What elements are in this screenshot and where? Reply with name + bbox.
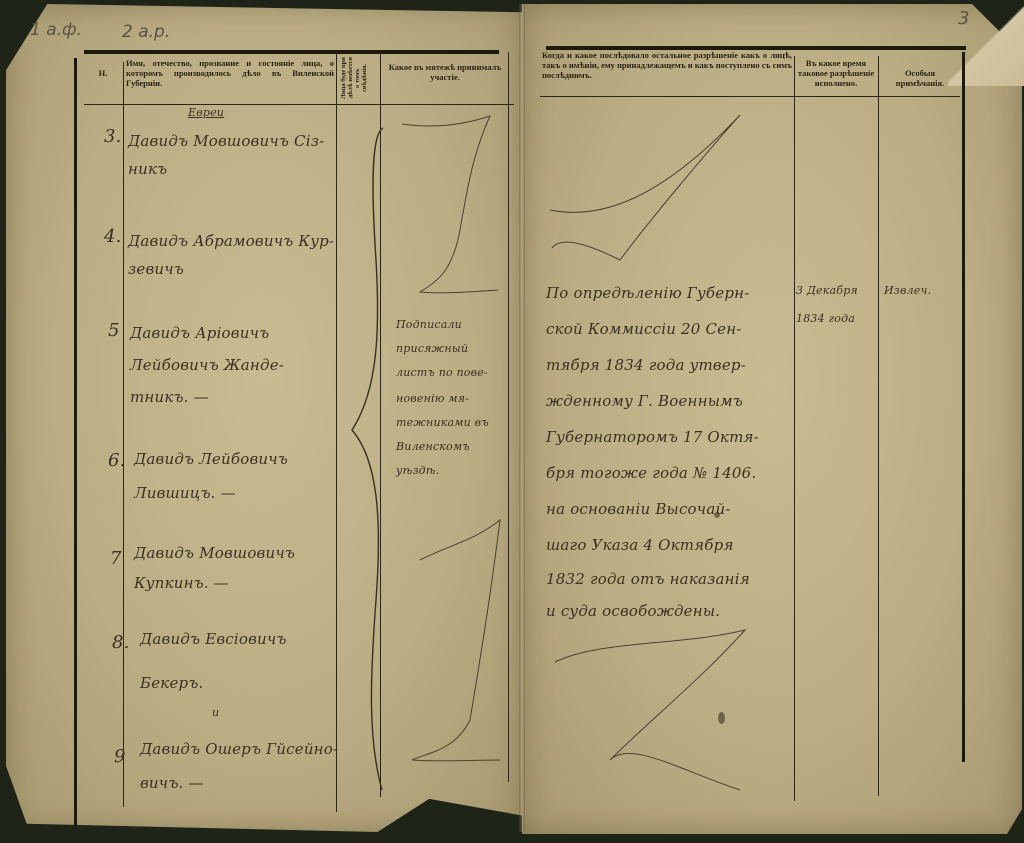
header-number: Н. <box>84 68 122 78</box>
row-name-cont: зевичъ <box>128 258 184 280</box>
right-border <box>962 52 965 762</box>
row-number: 8. <box>112 632 130 654</box>
col-divider-name <box>336 52 337 812</box>
row-name: Давидъ Лейбовичъ <box>134 448 288 470</box>
row-name-cont: Лейбовичъ Жанде- <box>130 354 284 376</box>
col-divider-presence <box>380 52 381 797</box>
left-border <box>74 58 77 828</box>
row-name-cont: Бекеръ. <box>140 672 204 694</box>
header-executed: Въ какое время таковое разрѣшеніе исполн… <box>796 58 876 88</box>
header-top-rule <box>84 50 499 54</box>
row-name: Давидъ Аріовичъ <box>130 322 269 344</box>
row-number: 6. <box>108 450 126 472</box>
row-name: Давидъ Ошеръ Гйсейно- <box>140 738 338 760</box>
group-heading: Евреи <box>188 104 224 121</box>
header-bottom-rule-right <box>540 96 960 97</box>
right-page <box>522 4 1022 834</box>
row-number: 3. <box>104 126 122 148</box>
row-name-cont: Лившицъ. — <box>134 482 236 504</box>
row-name: Давидъ Мовшовичъ Сіз- <box>128 130 324 152</box>
remarks-cell: Извлеч. <box>884 282 931 299</box>
ink-blot <box>718 712 725 724</box>
archive-ref-1: 1 а.ф. <box>30 20 82 40</box>
col-divider-resolution <box>794 56 795 801</box>
header-participation: Какое въ мятежѣ принималъ участіе. <box>384 62 506 82</box>
row-number: 7 <box>110 548 122 570</box>
header-name: Имя, отечество, прозвание и состояніе ли… <box>126 58 334 88</box>
row-number: 4. <box>104 226 122 248</box>
header-presence: Лица буде при дѣлѣ имѣется о томъ свѣдѣн… <box>340 56 376 100</box>
row-name-cont2: тникъ. — <box>130 386 209 408</box>
row-name-cont: Купкинъ. — <box>134 572 229 594</box>
row-name: Давидъ Евсіовичъ <box>140 628 287 650</box>
row-name: Давидъ Мовшовичъ <box>134 542 295 564</box>
header-bottom-rule <box>84 104 514 105</box>
col-divider-participation <box>508 52 509 782</box>
col-divider-executed <box>878 56 879 796</box>
row-number: 5 <box>108 320 120 342</box>
header-resolution: Когда и какое послѣдовало остальное разр… <box>542 50 792 80</box>
row-name-cont: вичъ. — <box>140 772 204 794</box>
row-name-cont: никъ <box>128 158 167 180</box>
row-name: Давидъ Абрамовичъ Кур- <box>128 230 334 252</box>
document-spread: 1 а.ф. 2 а.р. 3 Н. Имя, отечество, прозв… <box>0 0 1024 843</box>
row-number: 9 <box>114 746 126 768</box>
ink-blot <box>714 512 720 518</box>
archive-ref-2: 2 а.р. <box>122 22 170 42</box>
header-remarks: Особыя примѣчанія. <box>880 68 960 88</box>
ditto-mark: и <box>212 704 219 721</box>
page-number: 3 <box>958 8 969 29</box>
col-divider-number <box>123 62 124 807</box>
page-fold <box>519 4 525 832</box>
